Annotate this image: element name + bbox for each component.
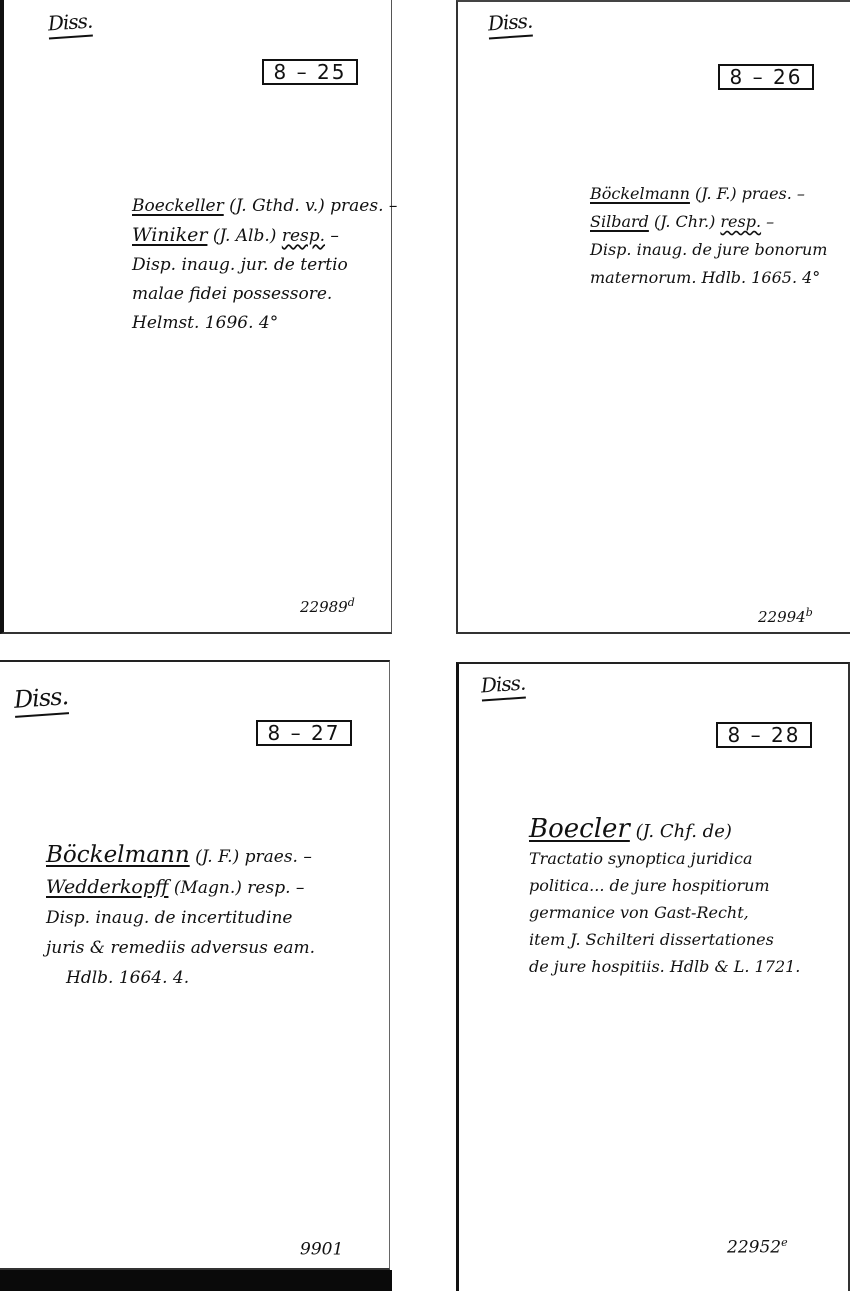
praeses-name: Böckelmann [46,842,190,868]
accession-suffix: d [348,596,355,609]
catalog-card-8-28: Diss. 8 – 28 Boecler (J. Chf. de) Tracta… [456,662,850,1291]
respondent-details: (J. Chr.) [649,212,721,231]
resp-dash: – [761,212,774,231]
title-line: Tractatio synoptica juridica [529,845,800,872]
title-line: Disp. inaug. de jure bonorum [590,236,827,264]
shelf-mark: 8 – 28 [716,722,812,748]
title-line: Disp. inaug. jur. de tertio [132,251,397,280]
respondent-name: Winiker [132,224,207,246]
respondent-name: Wedderkopff [46,876,168,898]
shelf-mark: 8 – 26 [718,64,814,90]
catalog-card-8-26: Diss. 8 – 26 Böckelmann (J. F.) praes. –… [456,0,850,634]
praeses-details: (J. Gthd. v.) praes. – [224,196,398,216]
praeses-details: (J. F.) praes. – [690,184,805,203]
shelf-mark: 8 – 25 [262,59,358,85]
praeses-details: (J. F.) praes. – [190,847,312,867]
praeses-name: Boeckeller [132,196,224,216]
shelf-mark: 8 – 27 [256,720,352,746]
praeses-name: Boecler [529,814,630,844]
accession-number: 9901 [300,1238,343,1260]
respondent-line: Wedderkopff (Magn.) resp. – [46,872,315,903]
diss-label: Diss. [487,8,533,39]
praeses-line: Böckelmann (J. F.) praes. – [46,840,315,872]
catalog-card-8-27: Diss. 8 – 27 Böckelmann (J. F.) praes. –… [0,660,390,1270]
accession-value: 22989 [300,598,348,616]
title-line: Disp. inaug. de incertitudine [46,903,315,933]
resp-label: resp. [720,212,761,231]
praeses-line: Boecler (J. Chf. de) [529,816,800,845]
imprint-line: Hdlb. 1664. 4. [46,963,315,993]
imprint-line: de jure hospitiis. Hdlb & L. 1721. [529,953,800,980]
resp-label: resp. [282,226,325,246]
title-line: politica... de jure hospitiorum [529,872,800,899]
imprint-line: Helmst. 1696. 4° [132,309,397,338]
praeses-line: Böckelmann (J. F.) praes. – [590,180,827,208]
accession-number: 22994b [758,606,813,626]
imprint-line: maternorum. Hdlb. 1665. 4° [590,264,827,292]
respondent-details: (Magn.) resp. – [168,878,304,898]
accession-suffix: b [806,606,813,619]
respondent-line: Silbard (J. Chr.) resp. – [590,208,827,236]
diss-label: Diss. [480,670,526,701]
praeses-details: (J. Chf. de) [630,821,732,842]
resp-dash: – [325,226,339,246]
catalog-entry: Boecler (J. Chf. de) Tractatio synoptica… [529,816,800,980]
title-line: malae fidei possessore. [132,280,397,309]
accession-value: 9901 [300,1240,343,1260]
accession-number: 22989d [300,596,355,616]
respondent-details: (J. Alb.) [207,226,281,246]
praeses-name: Böckelmann [590,184,690,203]
respondent-name: Silbard [590,212,649,231]
catalog-entry: Böckelmann (J. F.) praes. – Wedderkopff … [46,840,315,993]
accession-value: 22952 [727,1238,781,1258]
scan-edge-shadow [0,1270,392,1291]
accession-suffix: e [781,1236,788,1249]
diss-label: Diss. [13,682,69,718]
catalog-card-8-25: Diss. 8 – 25 Boeckeller (J. Gthd. v.) pr… [0,0,392,634]
title-line: item J. Schilteri dissertationes [529,926,800,953]
title-line: germanice von Gast-Recht, [529,899,800,926]
catalog-entry: Boeckeller (J. Gthd. v.) praes. – Winike… [132,192,397,338]
respondent-line: Winiker (J. Alb.) resp. – [132,221,397,251]
accession-value: 22994 [758,608,806,626]
title-line: juris & remediis adversus eam. [46,933,315,963]
praeses-line: Boeckeller (J. Gthd. v.) praes. – [132,192,397,221]
catalog-entry: Böckelmann (J. F.) praes. – Silbard (J. … [590,180,827,292]
accession-number: 22952e [727,1236,788,1258]
diss-label: Diss. [47,8,93,39]
